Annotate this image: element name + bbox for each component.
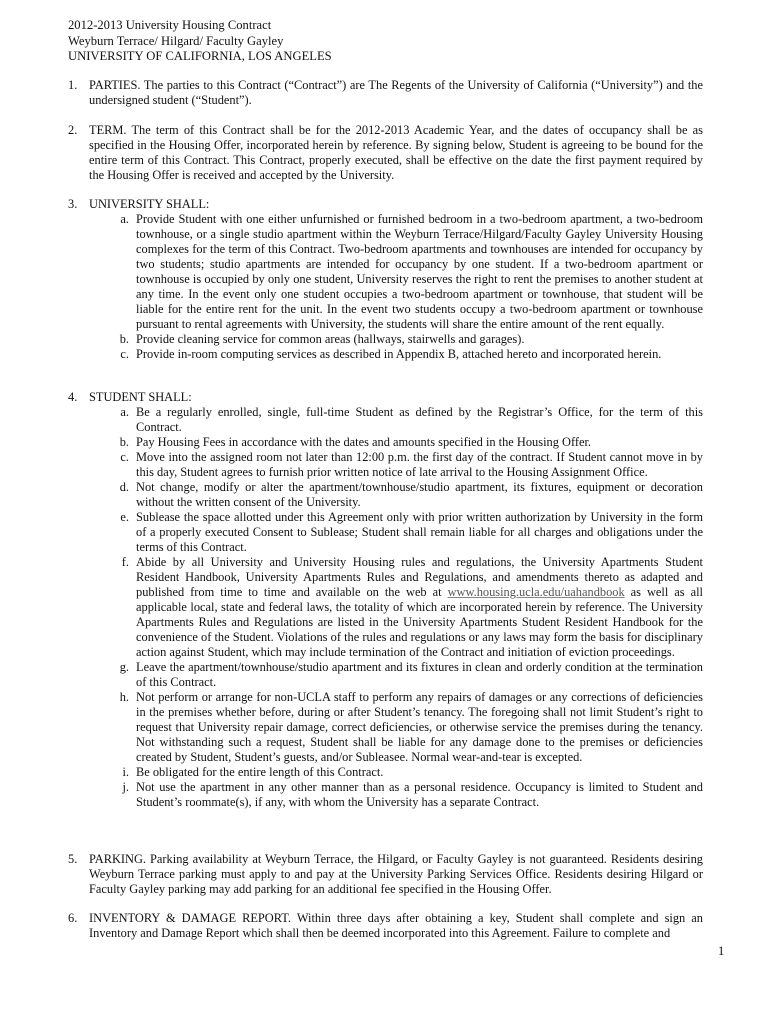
item-letter: c. bbox=[115, 450, 129, 465]
item-text: Abide by all University and University H… bbox=[136, 555, 703, 660]
item-letter: a. bbox=[115, 405, 129, 420]
item-text: Not perform or arrange for non-UCLA staf… bbox=[136, 690, 703, 765]
list-item: c. Move into the assigned room not later… bbox=[136, 450, 703, 480]
list-item: j. Not use the apartment in any other ma… bbox=[136, 780, 703, 810]
list-item: b. Pay Housing Fees in accordance with t… bbox=[136, 435, 703, 450]
sub-list: a. Provide Student with one either unfur… bbox=[68, 212, 703, 362]
list-item: f. Abide by all University and Universit… bbox=[136, 555, 703, 660]
item-letter: d. bbox=[115, 480, 129, 495]
list-item: a. Be a regularly enrolled, single, full… bbox=[136, 405, 703, 435]
item-letter: b. bbox=[115, 332, 129, 347]
section-text: TERM. The term of this Contract shall be… bbox=[89, 123, 703, 183]
handbook-link[interactable]: www.housing.ucla.edu/uahandbook bbox=[448, 585, 625, 599]
section-number: 6. bbox=[68, 911, 77, 926]
item-text: Leave the apartment/townhouse/studio apa… bbox=[136, 660, 703, 690]
item-letter: h. bbox=[115, 690, 129, 705]
item-letter: j. bbox=[115, 780, 129, 795]
page-number: 1 bbox=[718, 944, 724, 959]
item-text: Provide Student with one either unfurnis… bbox=[136, 212, 703, 332]
item-text: Move into the assigned room not later th… bbox=[136, 450, 703, 480]
section-university-shall: 3. UNIVERSITY SHALL: a. Provide Student … bbox=[68, 197, 703, 362]
section-number: 5. bbox=[68, 852, 77, 867]
list-item: e. Sublease the space allotted under thi… bbox=[136, 510, 703, 555]
item-text: Provide in-room computing services as de… bbox=[136, 347, 703, 362]
list-item: a. Provide Student with one either unfur… bbox=[136, 212, 703, 332]
item-text: Sublease the space allotted under this A… bbox=[136, 510, 703, 555]
section-parking: 5. PARKING. Parking availability at Weyb… bbox=[68, 852, 703, 897]
contract-title: 2012-2013 University Housing Contract bbox=[68, 18, 708, 34]
section-inventory: 6. INVENTORY & DAMAGE REPORT. Within thr… bbox=[68, 911, 703, 941]
list-item: c. Provide in-room computing services as… bbox=[136, 347, 703, 362]
section-text: PARTIES. The parties to this Contract (“… bbox=[89, 78, 703, 108]
section-heading: STUDENT SHALL: bbox=[89, 390, 703, 405]
list-item: h. Not perform or arrange for non-UCLA s… bbox=[136, 690, 703, 765]
item-text: Not change, modify or alter the apartmen… bbox=[136, 480, 703, 510]
item-text: Provide cleaning service for common area… bbox=[136, 332, 703, 347]
list-item: b. Provide cleaning service for common a… bbox=[136, 332, 703, 347]
section-number: 1. bbox=[68, 78, 77, 93]
list-item: g. Leave the apartment/townhouse/studio … bbox=[136, 660, 703, 690]
sub-list: a. Be a regularly enrolled, single, full… bbox=[68, 405, 703, 810]
item-text: Be obligated for the entire length of th… bbox=[136, 765, 703, 780]
list-item: i. Be obligated for the entire length of… bbox=[136, 765, 703, 780]
document-page: 2012-2013 University Housing Contract We… bbox=[0, 0, 770, 1024]
section-text: PARKING. Parking availability at Weyburn… bbox=[89, 852, 703, 897]
section-number: 3. bbox=[68, 197, 77, 212]
university-name: UNIVERSITY OF CALIFORNIA, LOS ANGELES bbox=[68, 49, 708, 65]
item-letter: i. bbox=[115, 765, 129, 780]
housing-complexes: Weyburn Terrace/ Hilgard/ Faculty Gayley bbox=[68, 34, 708, 50]
section-parties: 1. PARTIES. The parties to this Contract… bbox=[68, 78, 703, 108]
section-number: 4. bbox=[68, 390, 77, 405]
item-letter: g. bbox=[115, 660, 129, 675]
item-letter: b. bbox=[115, 435, 129, 450]
document-header: 2012-2013 University Housing Contract We… bbox=[68, 18, 708, 65]
item-letter: f. bbox=[115, 555, 129, 570]
item-text: Not use the apartment in any other manne… bbox=[136, 780, 703, 810]
section-number: 2. bbox=[68, 123, 77, 138]
item-letter: a. bbox=[115, 212, 129, 227]
section-student-shall: 4. STUDENT SHALL: a. Be a regularly enro… bbox=[68, 390, 703, 810]
section-heading: UNIVERSITY SHALL: bbox=[89, 197, 703, 212]
item-text: Be a regularly enrolled, single, full-ti… bbox=[136, 405, 703, 435]
list-item: d. Not change, modify or alter the apart… bbox=[136, 480, 703, 510]
section-text: INVENTORY & DAMAGE REPORT. Within three … bbox=[89, 911, 703, 941]
item-letter: e. bbox=[115, 510, 129, 525]
item-letter: c. bbox=[115, 347, 129, 362]
section-term: 2. TERM. The term of this Contract shall… bbox=[68, 123, 703, 183]
item-text: Pay Housing Fees in accordance with the … bbox=[136, 435, 703, 450]
